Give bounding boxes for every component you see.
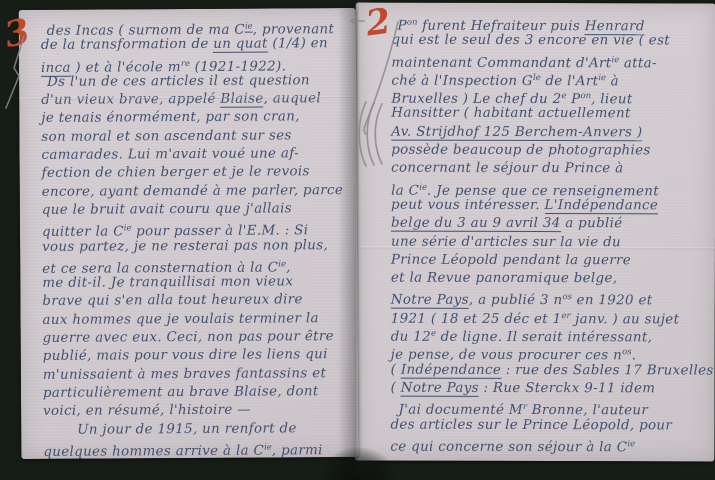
- handwriting-segment: et la Revue panoramique belge,: [391, 271, 618, 287]
- handwriting-segment: que le bruit avait couru que j'allais: [42, 201, 292, 218]
- handwriting-segment: ie: [264, 442, 272, 452]
- handwriting-line: et la Revue panoramique belge,: [391, 270, 715, 289]
- handwriting-segment: ie: [598, 73, 606, 83]
- handwriting-line: Ds l'un de ces articles il est question: [41, 72, 356, 92]
- handwriting-segment: son moral et son ascendant sur ses: [41, 128, 291, 145]
- handwriting-segment: Indépendance: [401, 362, 501, 378]
- handwriting-line: camarades. Lui m'avait voué une af-: [41, 145, 356, 165]
- handwriting-segment: je tenais énormément, par son cran,: [41, 110, 300, 127]
- handwriting-segment: Prince Léopold pendant la guerre: [391, 252, 631, 268]
- handwriting-line: belge du 3 au 9 avril 34 a publié: [391, 215, 715, 234]
- handwriting-segment: (1/4) en: [268, 36, 328, 51]
- handwriting-line: que le bruit avait couru que j'allais: [42, 200, 357, 220]
- handwriting-line: aux hommes que je voulais terminer la: [42, 310, 357, 330]
- handwriting-segment: Notre Pays: [401, 381, 479, 397]
- handwriting-line: d'un vieux brave, appelé Blaise, auquel: [41, 90, 356, 110]
- right-page: Pon furent Hefraiteur puis Henrardqui es…: [354, 3, 715, 462]
- handwriting-segment: a publié: [561, 216, 623, 231]
- handwriting-line: me dit-il. Je tranquillisai mon vieux: [42, 273, 357, 293]
- handwriting-segment: , auquel: [264, 91, 321, 106]
- handwriting-line: du 12e de ligne. Il serait intéressant,: [391, 325, 715, 344]
- handwriting-segment: qui est le seul des 3 encore en vie ( es…: [391, 33, 670, 49]
- handwriting-segment: ie: [419, 182, 427, 192]
- handwriting-line: possède beaucoup de photographies: [391, 142, 715, 161]
- handwriting-segment: er: [561, 311, 570, 321]
- handwriting-segment: des articles sur le Prince Léopold, pour: [390, 417, 672, 433]
- handwriting-line: J'ai documenté Mr Bronne, l'auteur: [391, 398, 715, 417]
- handwriting-line: particulièrement au brave Blaise, dont: [43, 383, 358, 403]
- handwriting-segment: publié, mais pour vous dire les liens qu…: [43, 347, 328, 364]
- handwriting-line: Bruxelles ) Le chef du 2e Pon, lieut: [391, 87, 715, 106]
- page-number-right: 2: [364, 3, 393, 41]
- handwriting-line: des articles sur le Prince Léopold, pour: [390, 416, 714, 435]
- handwriting-line: Prince Léopold pendant la guerre: [391, 251, 715, 270]
- handwriting-segment: guerre avec eux. Ceci, non pas pour être: [43, 329, 334, 346]
- left-page-lines: des Incas ( surnom de ma Cie, provenantd…: [41, 17, 359, 458]
- handwriting-line: Notre Pays, a publié 3 nos en 1920 et: [391, 288, 715, 307]
- handwriting-segment: : rue des Sables 17 Bruxelles: [501, 363, 713, 379]
- handwriting-line: Un jour de 1915, un renfort de: [43, 419, 358, 439]
- handwriting-segment: de la transformation de: [41, 37, 213, 53]
- handwriting-segment: camarades. Lui m'avait voué une af-: [41, 146, 299, 163]
- handwriting-line: et ce sera la consternation à la Cie,: [42, 255, 357, 275]
- handwriting-segment: vous partez, je ne resterai pas non plus…: [42, 238, 328, 255]
- handwriting-segment: ie: [245, 22, 253, 33]
- handwriting-line: ché à l'Inspection Gle de l'Artie à: [391, 69, 715, 88]
- handwriting-segment: fection de chien berger et je le revois: [42, 165, 310, 182]
- handwriting-line: 1921 ( 18 et 25 déc et 1er janv. ) au su…: [391, 306, 715, 325]
- handwriting-line: publié, mais pour vous dire les liens qu…: [43, 346, 358, 366]
- handwriting-segment: peut vous intéresser.: [391, 198, 545, 213]
- handwriting-segment: atta-: [619, 56, 657, 71]
- handwriting-segment: Av. Strijdhof 125 Berchem-Anvers ): [391, 124, 642, 141]
- handwriting-segment: Blaise: [220, 92, 263, 108]
- handwriting-segment: une série d'articles sur la vie du: [391, 234, 621, 250]
- handwriting-line: ( Indépendance : rue des Sables 17 Bruxe…: [391, 361, 715, 380]
- handwriting-segment: ie: [611, 55, 619, 65]
- document-scan: { "document": { "type": "handwritten-let…: [0, 0, 715, 480]
- handwriting-segment: (: [391, 362, 401, 377]
- handwriting-segment: un quat: [213, 37, 268, 53]
- handwriting-segment: Hansitter ( habitant actuellement: [391, 106, 630, 122]
- handwriting-line: de la transformation de un quat (1/4) en: [41, 35, 356, 55]
- handwriting-segment: os: [622, 348, 632, 358]
- handwriting-line: son moral et son ascendant sur ses: [41, 127, 356, 147]
- handwriting-segment: voici, en résumé, l'histoire —: [43, 403, 251, 419]
- handwriting-segment: ie: [278, 259, 286, 269]
- handwriting-line: peut vous intéresser. L'Indépendance: [391, 197, 715, 216]
- handwriting-segment: Un jour de 1915, un renfort de: [77, 421, 297, 437]
- handwriting-segment: on: [407, 18, 418, 28]
- handwriting-line: une série d'articles sur la vie du: [391, 233, 715, 252]
- handwriting-segment: (: [391, 381, 401, 396]
- handwriting-segment: d'un vieux brave, appelé: [41, 92, 220, 108]
- handwriting-line: qui est le seul des 3 encore en vie ( es…: [391, 32, 715, 51]
- right-page-lines: Pon furent Hefraiteur puis Henrardqui es…: [390, 14, 715, 454]
- handwriting-line: des Incas ( surnom de ma Cie, provenant: [41, 17, 356, 37]
- handwriting-line: la Cie. Je pense que ce renseignement: [391, 178, 715, 197]
- handwriting-segment: ie: [627, 439, 635, 449]
- handwriting-segment: : Rue Sterckx 9-11 idem: [479, 381, 655, 396]
- handwriting-segment: ce qui concerne son séjour à la C: [390, 439, 627, 455]
- handwriting-segment: os: [562, 293, 572, 303]
- handwriting-line: ce qui concerne son séjour à la Cie: [390, 434, 714, 453]
- handwriting-line: quelques hommes arrive à la Cie, parmi: [43, 438, 358, 458]
- handwriting-line: brave qui s'en alla tout heureux dire: [42, 291, 357, 311]
- handwriting-segment: encore, ayant demandé à me parler, parce: [42, 183, 343, 200]
- handwriting-segment: , parmi: [272, 443, 323, 458]
- handwriting-line: Av. Strijdhof 125 Berchem-Anvers ): [391, 123, 715, 142]
- handwriting-line: guerre avec eux. Ceci, non pas pour être: [43, 328, 358, 348]
- handwriting-line: je tenais énormément, par son cran,: [41, 108, 356, 128]
- handwriting-segment: m'unissaient à mes braves fantassins et: [43, 366, 326, 383]
- handwriting-line: ( Notre Pays : Rue Sterckx 9-11 idem: [391, 380, 715, 399]
- handwriting-line: encore, ayant demandé à me parler, parce: [42, 182, 357, 202]
- handwriting-segment: quelques hommes arrive à la C: [43, 443, 264, 459]
- handwriting-line: quitter la Cie pour passer à l'E.M. : Si: [42, 218, 357, 238]
- handwriting-line: je pense, de vous procurer ces nos.: [391, 343, 715, 362]
- handwriting-segment: belge du 3 au 9 avril 34: [391, 216, 561, 232]
- handwriting-line: fection de chien berger et je le revois: [42, 163, 357, 183]
- handwriting-segment: on: [580, 91, 591, 101]
- handwriting-line: maintenant Commandant d'Artie atta-: [391, 50, 715, 69]
- handwriting-segment: ie: [124, 224, 132, 234]
- handwriting-segment: me dit-il. Je tranquillisai mon vieux: [42, 275, 293, 292]
- handwriting-segment: aux hommes que je voulais terminer la: [42, 311, 318, 328]
- handwriting-segment: possède beaucoup de photographies: [391, 143, 650, 159]
- left-page: des Incas ( surnom de ma Cie, provenantd…: [19, 8, 359, 459]
- handwriting-line: concernant le séjour du Prince à: [391, 160, 715, 179]
- handwriting-segment: particulièrement au brave Blaise, dont: [43, 384, 319, 401]
- handwriting-line: Hansitter ( habitant actuellement: [391, 105, 715, 124]
- handwriting-line: m'unissaient à mes braves fantassins et: [43, 365, 358, 385]
- handwriting-segment: Ds l'un de ces articles il est question: [47, 73, 310, 90]
- handwriting-line: Pon furent Hefraiteur puis Henrard: [392, 14, 715, 33]
- handwriting-segment: brave qui s'en alla tout heureux dire: [42, 293, 302, 310]
- handwriting-segment: concernant le séjour du Prince à: [391, 161, 623, 177]
- handwriting-line: voici, en résumé, l'histoire —: [43, 401, 358, 421]
- handwriting-line: vous partez, je ne resterai pas non plus…: [42, 237, 357, 257]
- handwriting-segment: re: [181, 59, 190, 69]
- handwriting-line: inca ) et à l'école mre (1921-1922).: [41, 54, 356, 74]
- handwriting-segment: L'Indépendance: [545, 198, 659, 214]
